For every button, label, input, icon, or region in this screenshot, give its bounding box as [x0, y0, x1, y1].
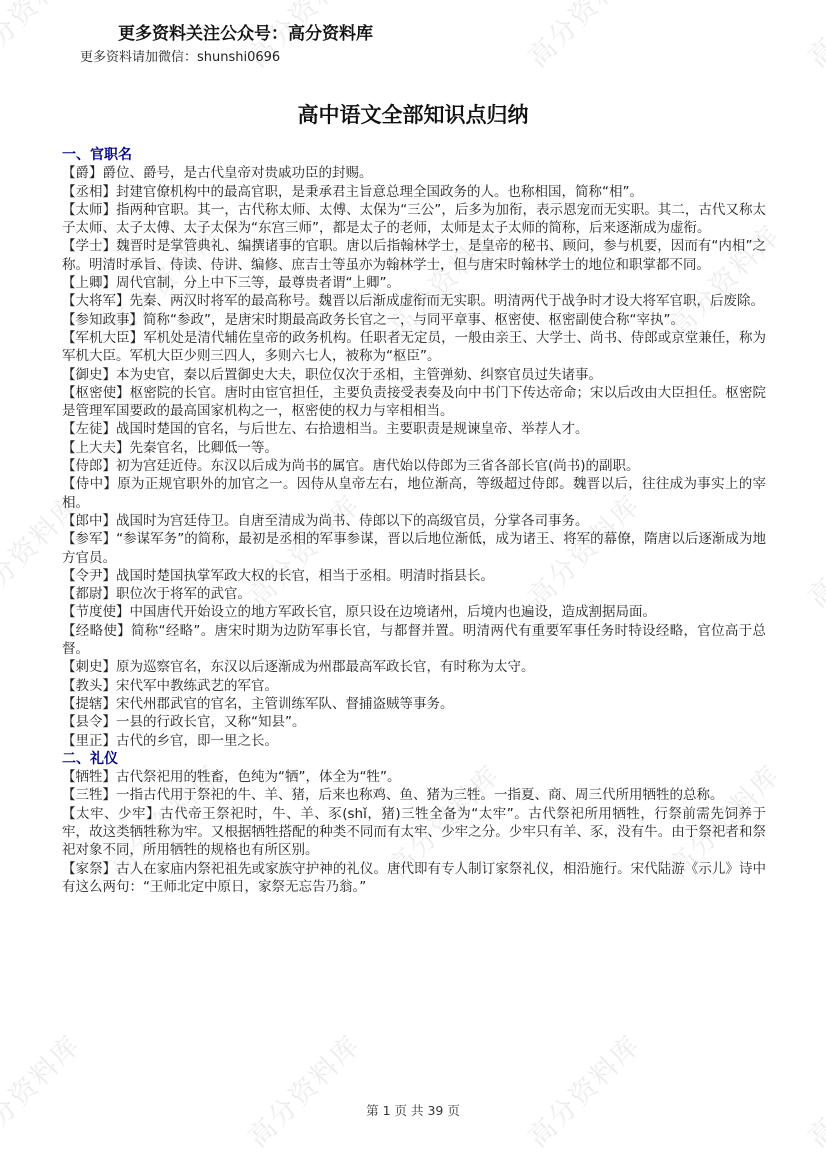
knowledge-entry: 【令尹】战国时楚国执掌军政大权的长官，相当于丞相。明清时指县长。 — [62, 567, 766, 585]
knowledge-entry: 【节度使】中国唐代开始设立的地方军政长官，原只设在边境诸州，后境内也遍设，造成割… — [62, 603, 766, 621]
knowledge-entry: 【侍中】原为正规官职外的加官之一。因侍从皇帝左右，地位渐高，等级超过侍郎。魏晋以… — [62, 475, 766, 512]
knowledge-entry: 【三牲】一指古代用于祭祀的牛、羊、猪，后来也称鸡、鱼、猪为三牲。一指夏、商、周三… — [62, 786, 766, 804]
watermark-text: 高分资料库 — [797, 484, 826, 614]
knowledge-entry: 【家祭】古人在家庙内祭祀祖先或家族守护神的礼仪。唐代即有专人制订家祭礼仪，相沿施… — [62, 860, 766, 897]
watermark-text: 高分资料库 — [797, 1024, 826, 1154]
document-page: 高分资料库高分资料库高分资料库高分资料库高分资料库高分资料库高分资料库高分资料库… — [0, 0, 826, 1169]
knowledge-entry: 【太师】指两种官职。其一，古代称太师、太傅、太保为“三公”，后多为加衔，表示恩宠… — [62, 201, 766, 238]
knowledge-entry: 【郎中】战国时为宫廷侍卫。自唐至清成为尚书、侍郎以下的高级官员，分掌各司事务。 — [62, 512, 766, 530]
knowledge-entry: 【学士】魏晋时是掌管典礼、编撰诸事的官职。唐以后指翰林学士，是皇帝的秘书、顾问，… — [62, 237, 766, 274]
knowledge-entry: 【上大夫】先秦官名，比卿低一等。 — [62, 439, 766, 457]
header-wechat-line: 更多资料请加微信：shunshi0696 — [80, 46, 280, 65]
knowledge-entry: 【牺牲】古代祭祀用的牲畜，色纯为“牺”，体全为“牲”。 — [62, 768, 766, 786]
section-heading: 一、官职名 — [62, 146, 766, 164]
document-title: 高中语文全部知识点归纳 — [0, 99, 826, 129]
knowledge-entry: 【刺史】原为巡察官名，东汉以后逐渐成为州郡最高军政长官，有时称为太守。 — [62, 658, 766, 676]
watermark-text: 高分资料库 — [517, 0, 647, 75]
knowledge-entry: 【丞相】封建官僚机构中的最高官职，是秉承君主旨意总理全国政务的人。也称相国，简称… — [62, 183, 766, 201]
watermark-text: 高分资料库 — [797, 0, 826, 75]
knowledge-entry: 【爵】爵位、爵号，是古代皇帝对贵戚功臣的封赐。 — [62, 164, 766, 182]
knowledge-entry: 【经略使】简称“经略”。唐宋时期为边防军事长官，与都督并置。明清两代有重要军事任… — [62, 622, 766, 659]
knowledge-entry: 【大将军】先秦、两汉时将军的最高称号。魏晋以后渐成虚衔而无实职。明清两代于战争时… — [62, 292, 766, 310]
watermark-text: 高分资料库 — [517, 1024, 647, 1154]
watermark-text: 高分资料库 — [0, 0, 88, 75]
knowledge-entry: 【参军】“参谋军务”的简称，最初是丞相的军事参谋，晋以后地位渐低，成为诸王、将军… — [62, 530, 766, 567]
knowledge-entry: 【御史】本为史官，秦以后置御史大夫，职位仅次于丞相，主管弹劾、纠察官员过失诸事。 — [62, 366, 766, 384]
knowledge-entry: 【参知政事】简称“参政”，是唐宋时期最高政务长官之一，与同平章事、枢密使、枢密副… — [62, 311, 766, 329]
page-number-footer: 第 1 页 共 39 页 — [0, 1101, 826, 1119]
document-sections: 一、官职名【爵】爵位、爵号，是古代皇帝对贵戚功臣的封赐。【丞相】封建官僚机构中的… — [62, 146, 766, 896]
knowledge-entry: 【里正】古代的乡官，即一里之长。 — [62, 732, 766, 750]
knowledge-entry: 【县令】一县的行政长官，又称“知县”。 — [62, 713, 766, 731]
knowledge-entry: 【提辖】宋代州郡武官的官名，主管训练军队、督捕盗贼等事务。 — [62, 695, 766, 713]
knowledge-entry: 【教头】宋代军中教练武艺的军官。 — [62, 677, 766, 695]
section-heading: 二、礼仪 — [62, 750, 766, 768]
watermark-text: 高分资料库 — [0, 1024, 88, 1154]
knowledge-entry: 【左徒】战国时楚国的官名，与后世左、右拾遗相当。主要职责是规谏皇帝、举荐人才。 — [62, 420, 766, 438]
knowledge-entry: 【上卿】周代官制，分上中下三等，最尊贵者谓“上卿”。 — [62, 274, 766, 292]
knowledge-entry: 【侍郎】初为宫廷近侍。东汉以后成为尚书的属官。唐代始以侍郎为三省各部长官(尚书)… — [62, 457, 766, 475]
watermark-text: 高分资料库 — [237, 1024, 367, 1154]
knowledge-entry: 【枢密使】枢密院的长官。唐时由宦官担任，主要负责接受表奏及向中书门下传达帝命；宋… — [62, 384, 766, 421]
header-public-account-line: 更多资料关注公众号：高分资料库 — [118, 19, 373, 44]
knowledge-entry: 【都尉】职位次于将军的武官。 — [62, 585, 766, 603]
knowledge-entry: 【太牢、少牢】古代帝王祭祀时，牛、羊、豕(shǐ，猪)三牲全备为“太牢”。古代祭… — [62, 805, 766, 860]
knowledge-entry: 【军机大臣】军机处是清代辅佐皇帝的政务机构。任职者无定员，一般由亲王、大学士、尚… — [62, 329, 766, 366]
